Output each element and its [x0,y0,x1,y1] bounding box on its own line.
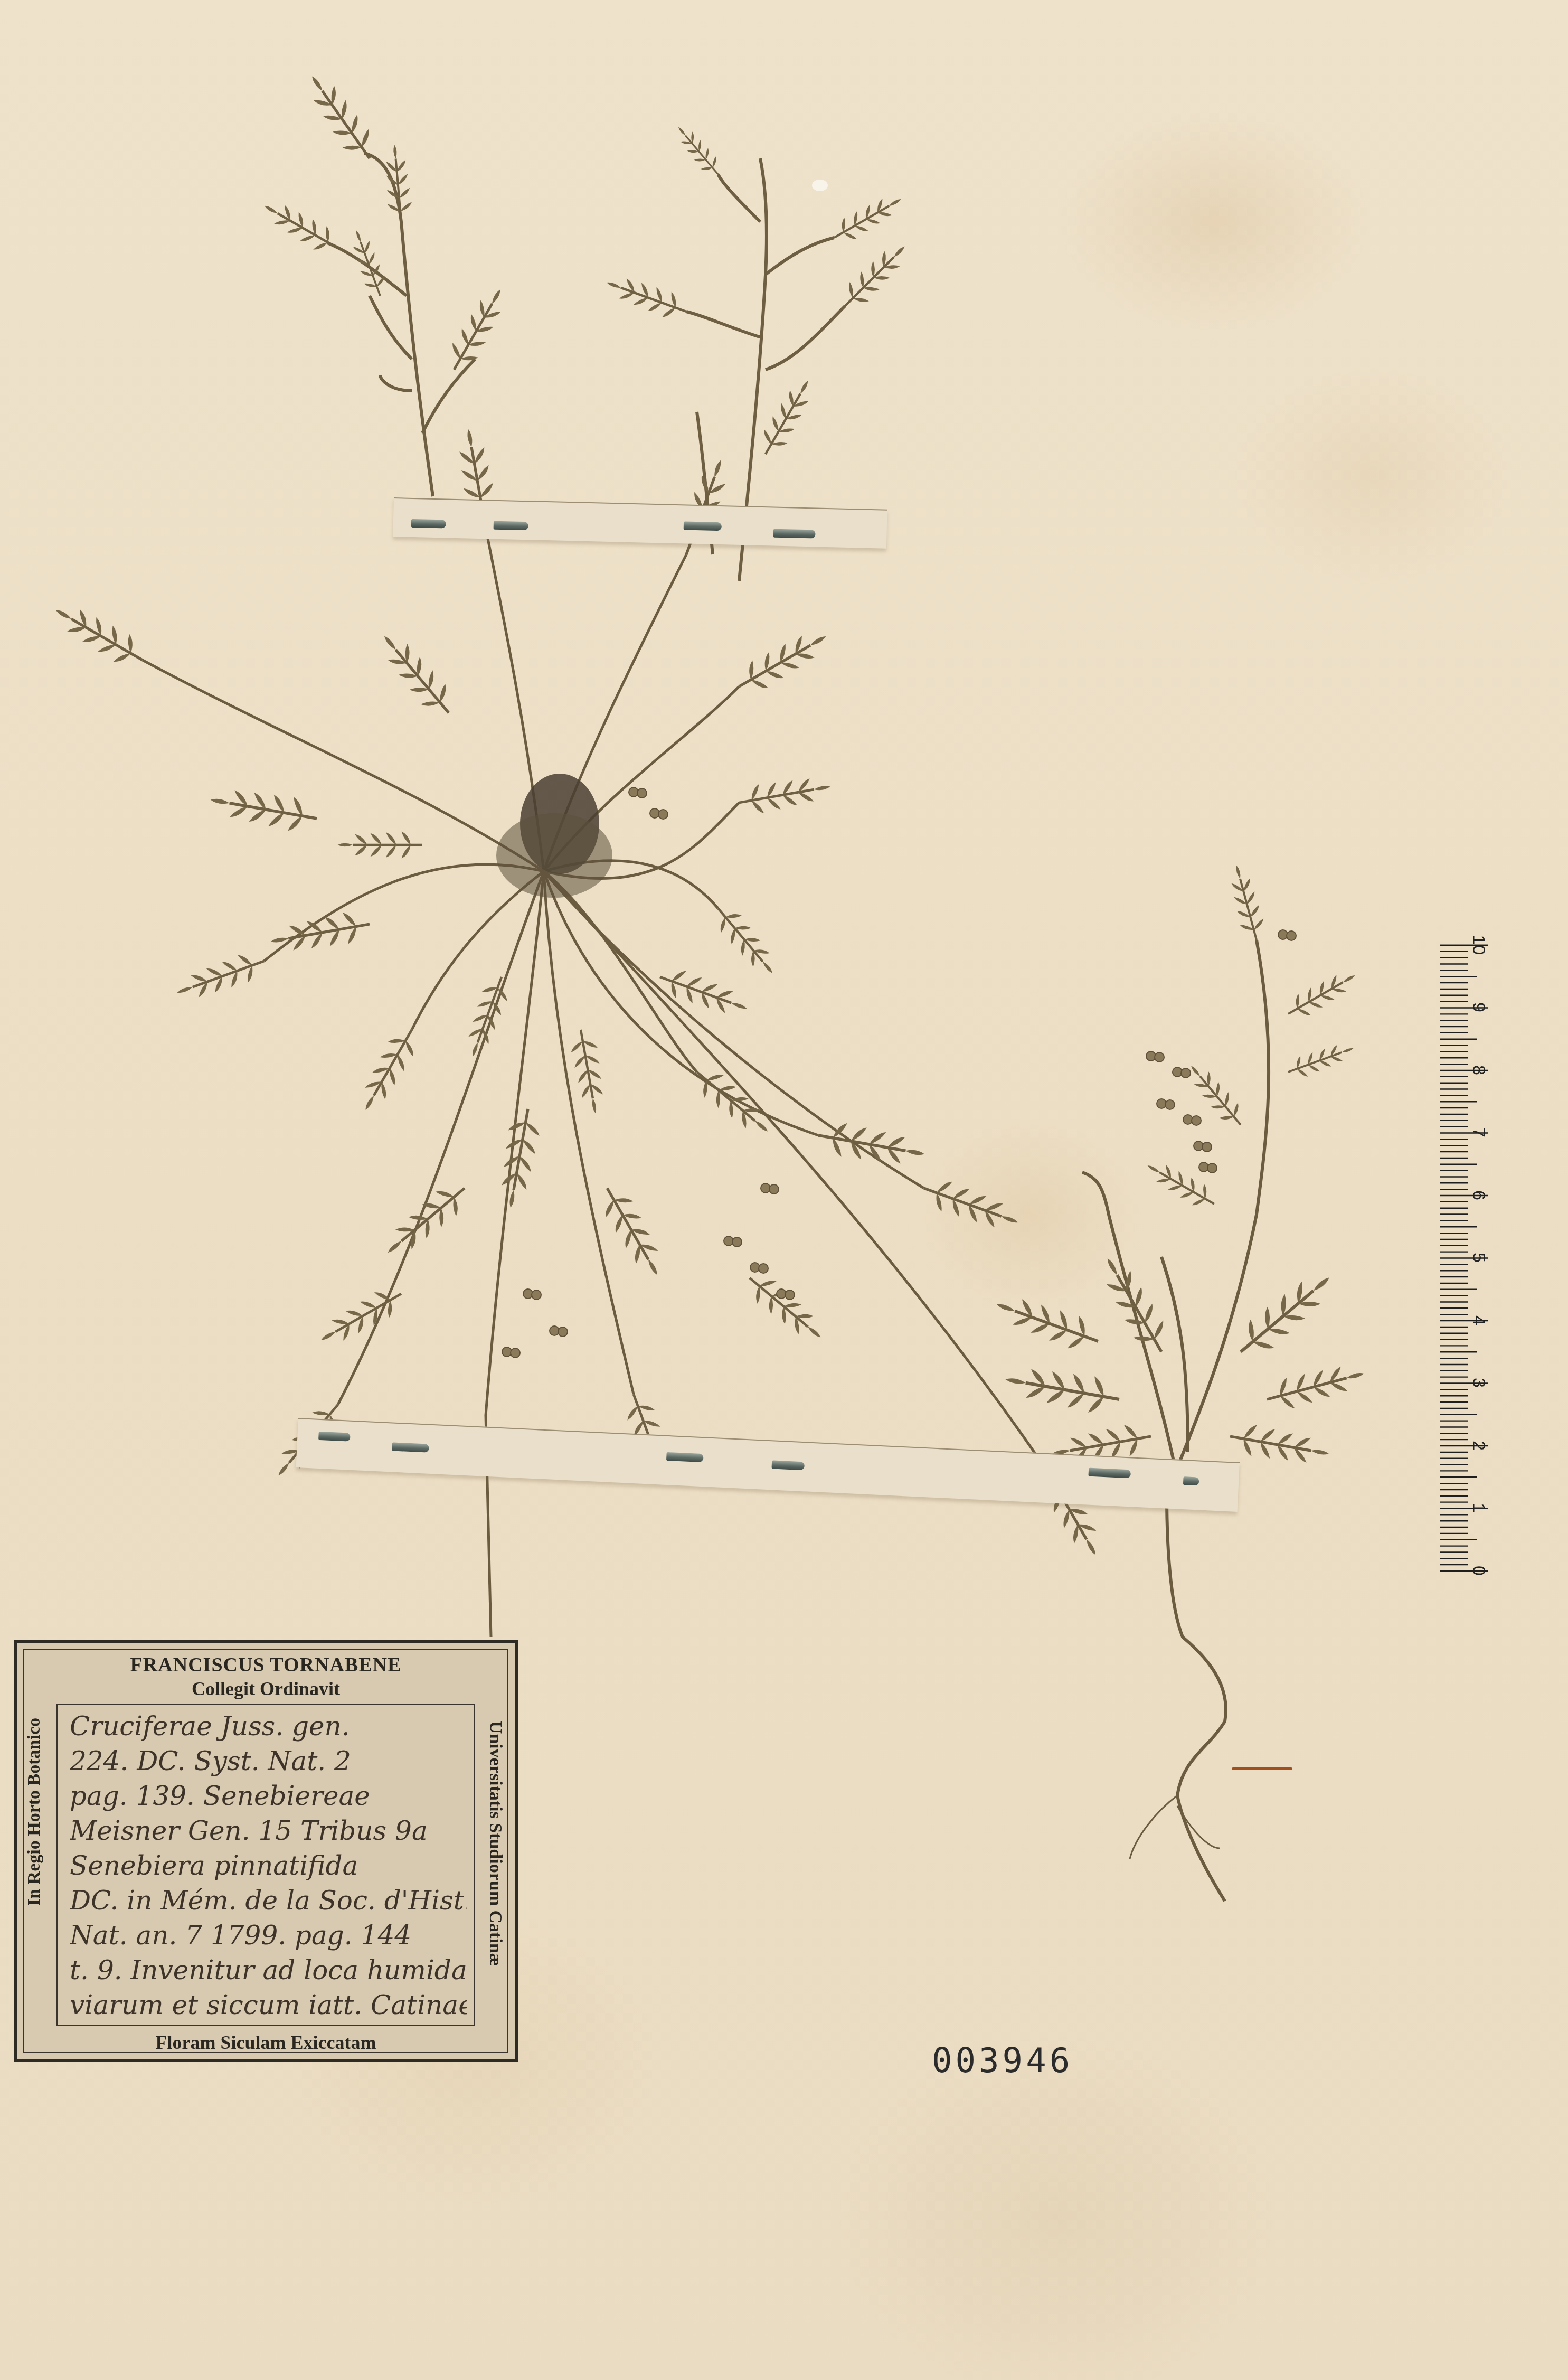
herbarium-sheet: 10 9 8 7 6 5 4 3 2 1 0 FRANCISCUS TORNAB… [0,0,1568,2380]
collector-subtitle: Collegit Ordinavit [17,1678,515,1700]
rosette-leaves [47,426,1111,1564]
handwritten-line: Cruciferae Juss. gen. [70,1709,467,1744]
right-specimen [1082,940,1269,1901]
catalog-number: 003946 [932,2042,1073,2081]
ruler-label: 6 [1468,1185,1489,1206]
pin [666,1452,704,1462]
handwritten-line: 224. DC. Syst. Nat. 2 [70,1744,467,1779]
ruler-label: 8 [1468,1060,1489,1081]
label-side-right-text: Universitatis Studiorum Catinæ [485,1653,505,2034]
handwritten-notes: Cruciferae Juss. gen. 224. DC. Syst. Nat… [70,1709,467,2022]
handwritten-line: DC. in Mém. de la Soc. d'Hist. [70,1883,467,1918]
label-side-left-text: In Regio Horto Botanico [24,1622,44,2002]
ruler-label: 9 [1468,997,1489,1018]
pin [684,521,722,531]
glue-spot [812,180,828,191]
pin [771,1460,805,1470]
ruler-label: 0 [1468,1560,1489,1582]
handwritten-line: pag. 139. Senebiereae [70,1779,467,1813]
pin [392,1442,429,1452]
pin [773,529,815,539]
pin [494,521,528,531]
ruler-label: 4 [1468,1310,1489,1331]
collector-name: FRANCISCUS TORNABENE [17,1653,515,1677]
pin [318,1432,351,1442]
ruler-label: 5 [1468,1247,1489,1268]
pin [411,519,446,529]
pin [1088,1468,1131,1479]
ruler-label: 10 [1468,935,1489,956]
upper-left-stem [327,153,475,496]
pin [1183,1476,1199,1485]
ruler-label: 7 [1468,1122,1489,1143]
ruler-label: 3 [1468,1372,1489,1394]
handwritten-line: Meisner Gen. 15 Tribus 9a [70,1813,467,1848]
ruler-label: 2 [1468,1435,1489,1456]
label-footer: Floram Siculam Exiccatam [17,2031,515,2054]
handwritten-line: Nat. an. 7 1799. pag. 144 [70,1918,467,1953]
handwritten-line: viarum et siccum iatt. Catinae [70,1988,467,2022]
right-seed-pods [1146,930,1296,1173]
collection-label: FRANCISCUS TORNABENE Collegit Ordinavit … [14,1640,518,2062]
ruler-label: 1 [1468,1498,1489,1519]
handwritten-line: Senebiera pinnatifida [70,1848,467,1883]
rust-mark [1232,1767,1292,1770]
handwritten-line: t. 9. Invenitur ad loca humida [70,1953,467,1988]
